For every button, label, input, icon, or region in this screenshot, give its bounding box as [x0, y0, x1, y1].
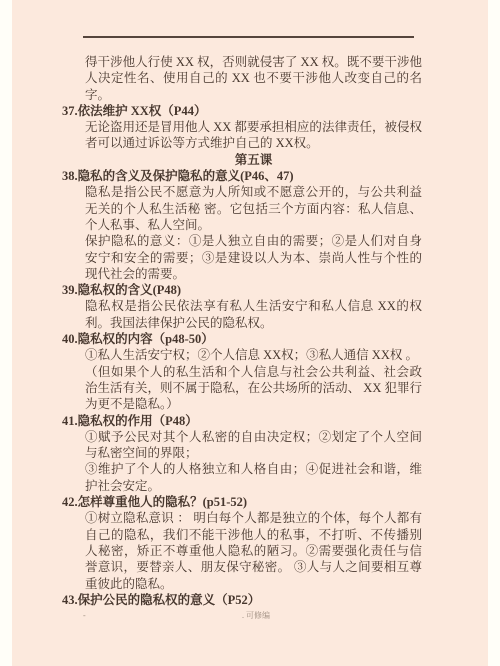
document-canvas: 得干涉他人行使 XX 权，否则就侵害了 XX 权。既不要干涉他人决定性名、使用自…	[0, 0, 500, 666]
section-heading: 38.隐私的含义及保护隐私的意义(P46、47)	[62, 168, 422, 184]
section-heading: 41.隐私权的作用（P48）	[62, 413, 422, 429]
body-paragraph: （但如果个人的私生活和个人信息与社会公共利益、社会政治生活有关，则不属于隐私，在…	[85, 364, 422, 413]
body-paragraph: 得干涉他人行使 XX 权，否则就侵害了 XX 权。既不要干涉他人决定性名、使用自…	[85, 54, 422, 103]
body-paragraph: 隐私是指公民不愿意为人所知或不愿意公开的，与公共利益无关的个人私生活秘 密。它包…	[85, 184, 422, 233]
document-page: 得干涉他人行使 XX 权，否则就侵害了 XX 权。既不要干涉他人决定性名、使用自…	[12, 0, 488, 666]
page-footer: - . 可修编	[12, 609, 488, 623]
body-paragraph: ①树立隐私意识 ： 明白每个人都是独立的个体，每个人都有自己的隐私，我们不能干涉…	[85, 510, 422, 591]
footer-note: . 可修编	[242, 609, 270, 623]
body-paragraph: 隐私权是指公民依法享有私人生活安宁和私人信息 XX的权利。我国法律保护公民的隐私…	[85, 298, 422, 331]
section-heading: 40.隐私权的内容（p48-50）	[62, 331, 422, 347]
body-paragraph: ①赋予公民对其个人私密的自由决定权；②划定了个人空间与私密空间的界限；	[85, 429, 422, 462]
section-heading: 37.依法维护 XX权（P44）	[62, 103, 422, 119]
section-heading: 39.隐私权的含义(P48)	[62, 282, 422, 298]
body-paragraph: 无论盗用还是冒用他人 XX 都要承担相应的法律责任，被侵权者可以通过诉讼等方式维…	[85, 119, 422, 152]
content-area: 得干涉他人行使 XX 权，否则就侵害了 XX 权。既不要干涉他人决定性名、使用自…	[62, 54, 422, 608]
header-rule	[83, 36, 414, 38]
body-paragraph: 保护隐私的意义：①是人独立自由的需要；②是人们对自身安宁和安全的需要；③是建设以…	[85, 233, 422, 282]
body-paragraph: ①私人生活安宁权；②个人信息 XX权；③私人通信 XX权 。	[85, 347, 422, 363]
body-paragraph: ③维护了个人的人格独立和人格自由；④促进社会和谐，维护社会安定。	[85, 461, 422, 494]
section-heading: 43.保护公民的隐私权的意义（P52）	[62, 592, 422, 608]
lesson-title: 第五课	[85, 152, 422, 168]
section-heading: 42.怎样尊重他人的隐私？(p51-52)	[62, 494, 422, 510]
footer-mark: -	[83, 609, 86, 623]
